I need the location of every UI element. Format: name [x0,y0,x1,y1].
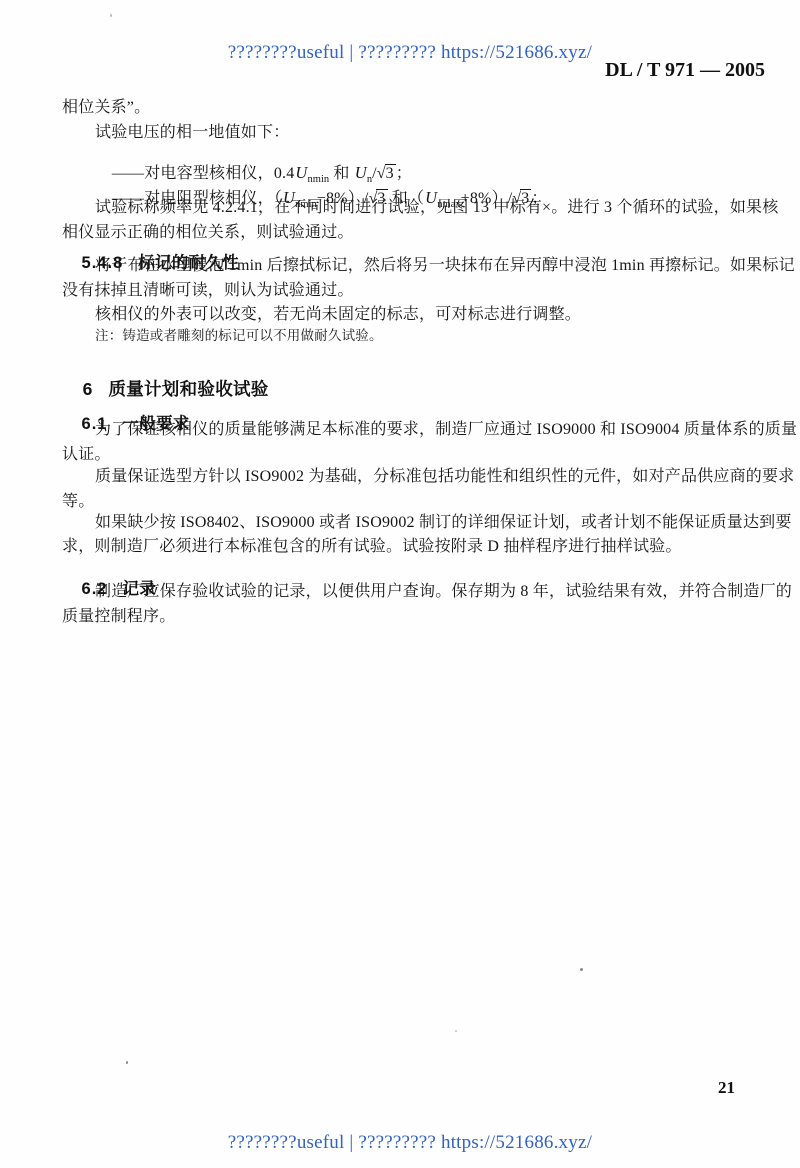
watermark-bottom-link[interactable]: ????????useful | ????????? https://52168… [228,1132,592,1153]
paragraph-line: 没有抹掉且清晰可读，则认为试验通过。 [62,277,354,300]
paragraph-line: 求，则制造厂必须进行本标准包含的所有试验。试验按附录 D 抽样程序进行抽样试验。 [62,533,682,556]
note-line: 注：铸造或者雕刻的标记可以不用做耐久试验。 [95,324,383,344]
watermark-bottom: ????????useful | ????????? https://52168… [0,1110,800,1168]
paragraph-line: 质量控制程序。 [62,603,175,626]
scan-speck [455,1030,457,1032]
paragraph-line: 等。 [62,488,94,511]
scan-speck [110,14,112,17]
scan-speck [580,968,583,971]
page-number: 21 [718,1078,735,1098]
paragraph-line: 相位关系”。 [62,94,150,117]
paragraph-line: 制造厂应保存验收试验的记录，以便供用户查询。保存期为 8 年，试验结果有效，并符… [95,578,792,601]
paragraph-line: 认证。 [62,441,111,464]
paragraph-line: 试验标称频率见 4.2.4.1，在不同时间进行试验，见图 13 中标有×。进行 … [95,194,778,217]
paragraph-line: 为了保证核相仪的质量能够满足本标准的要求，制造厂应通过 ISO9000 和 IS… [95,416,797,439]
paragraph-line: 试验电压的相一地值如下： [95,119,289,142]
paragraph-line: 将干布在水里浸泡 1min 后擦拭标记，然后将另一块抹布在异丙醇中浸泡 1min… [95,252,795,275]
paragraph-line: 如果缺少按 ISO8402、ISO9000 或者 ISO9002 制订的详细保证… [95,509,792,532]
paragraph-line: 质量保证选型方针以 ISO9002 为基础，分标准包括功能性和组织性的元件，如对… [95,463,794,486]
scan-speck [126,1061,128,1064]
paragraph-line: 核相仪的外表可以改变，若无尚未固定的标志，可对标志进行调整。 [95,301,581,324]
standard-code: DL / T 971 — 2005 [605,59,765,82]
watermark-top-link[interactable]: ????????useful | ????????? https://52168… [228,42,592,63]
document-page: ????????useful | ????????? https://52168… [0,0,800,1168]
